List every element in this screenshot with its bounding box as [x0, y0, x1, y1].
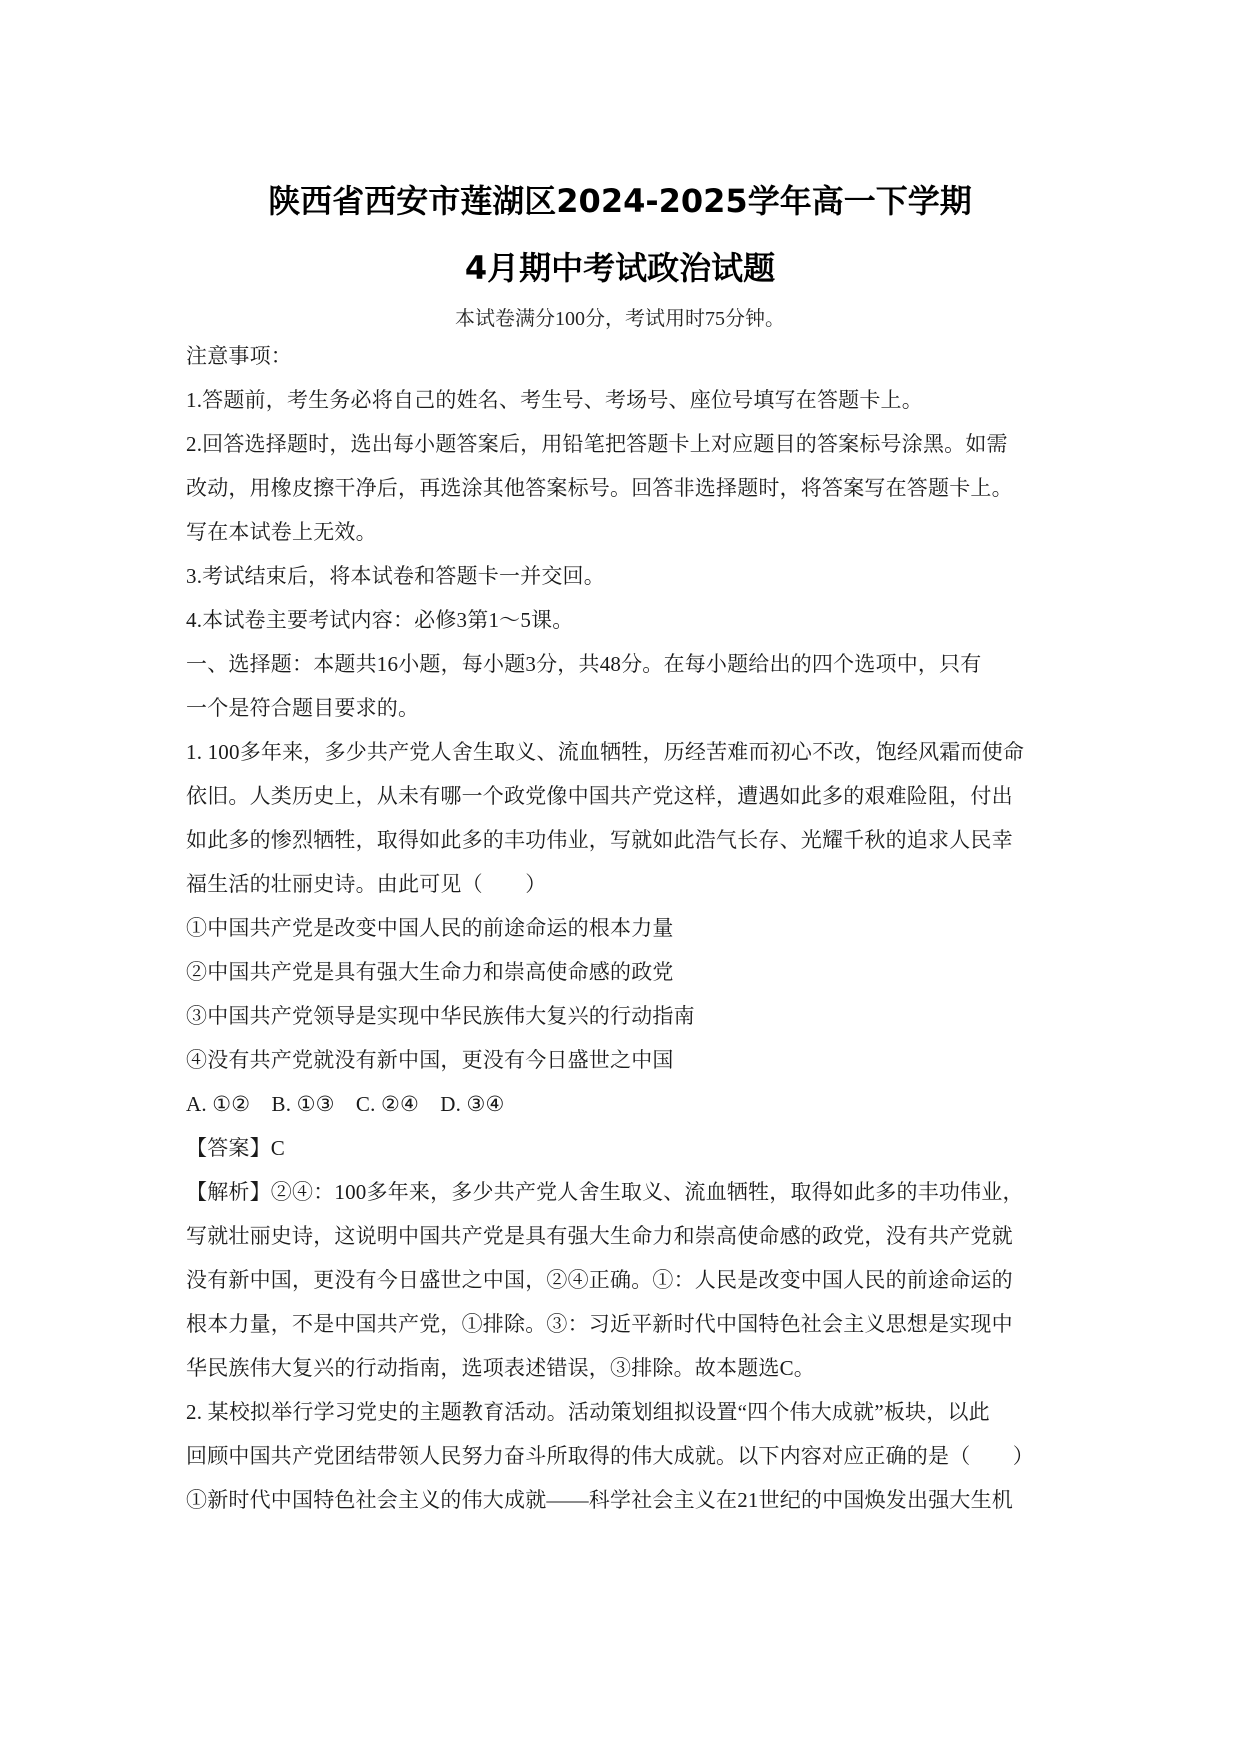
q1-stem-line-2: 依旧。人类历史上，从未有哪一个政党像中国共产党这样，遭遇如此多的艰难险阻，付出 [186, 782, 1056, 810]
note-item-4: 4.本试卷主要考试内容：必修3第1～5课。 [186, 606, 1056, 634]
note-item-2: 2.回答选择题时，选出每小题答案后，用铅笔把答题卡上对应题目的答案标号涂黑。如需 [186, 430, 1056, 458]
q1-answer: 【答案】C [186, 1134, 1056, 1162]
note-item-2-cont: 改动，用橡皮擦干净后，再选涂其他答案标号。回答非选择题时，将答案写在答题卡上。 [186, 474, 1056, 502]
section-heading-cont: 一个是符合题目要求的。 [186, 694, 1056, 722]
q1-analysis-line-4: 根本力量，不是中国共产党，①排除。③：习近平新时代中国特色社会主义思想是实现中 [186, 1310, 1056, 1338]
q2-stem-line-2: 回顾中国共产党团结带领人民努力奋斗所取得的伟大成就。以下内容对应正确的是（ ） [186, 1442, 1056, 1470]
q2-stem-line-1: 2. 某校拟举行学习党史的主题教育活动。活动策划组拟设置“四个伟大成就”板块，以… [186, 1398, 1056, 1426]
q1-stem-line-3: 如此多的惨烈牺牲，取得如此多的丰功伟业，写就如此浩气长存、光耀千秋的追求人民幸 [186, 826, 1056, 854]
q1-statement-3: ③中国共产党领导是实现中华民族伟大复兴的行动指南 [186, 1002, 1056, 1030]
note-item-3: 3.考试结束后，将本试卷和答题卡一并交回。 [186, 562, 1056, 590]
q1-analysis-line-3: 没有新中国，更没有今日盛世之中国，②④正确。①：人民是改变中国人民的前途命运的 [186, 1266, 1056, 1294]
q1-statement-4: ④没有共产党就没有新中国，更没有今日盛世之中国 [186, 1046, 1056, 1074]
q1-analysis-line-5: 华民族伟大复兴的行动指南，选项表述错误，③排除。故本题选C。 [186, 1354, 1056, 1382]
document-page: 陕西省西安市莲湖区2024-2025学年高一下学期 4月期中考试政治试题 本试卷… [0, 0, 1240, 1754]
exam-info: 本试卷满分100分，考试用时75分钟。 [0, 302, 1240, 331]
q1-options: A. ①② B. ①③ C. ②④ D. ③④ [186, 1090, 1056, 1118]
q1-analysis-line-2: 写就壮丽史诗，这说明中国共产党是具有强大生命力和崇高使命感的政党，没有共产党就 [186, 1222, 1056, 1250]
note-item-2-cont-2: 写在本试卷上无效。 [186, 518, 1056, 546]
document-title-line-2: 4月期中考试政治试题 [0, 243, 1240, 289]
notes-heading: 注意事项： [186, 342, 1056, 370]
note-item-1: 1.答题前，考生务必将自己的姓名、考生号、考场号、座位号填写在答题卡上。 [186, 386, 1056, 414]
q1-statement-1: ①中国共产党是改变中国人民的前途命运的根本力量 [186, 914, 1056, 942]
q1-stem-line-1: 1. 100多年来，多少共产党人舍生取义、流血牺牲，历经苦难而初心不改，饱经风霜… [186, 738, 1056, 766]
document-title-line-1: 陕西省西安市莲湖区2024-2025学年高一下学期 [0, 176, 1240, 222]
q1-analysis-line-1: 【解析】②④：100多年来，多少共产党人舍生取义、流血牺牲，取得如此多的丰功伟业… [186, 1178, 1056, 1206]
q1-stem-line-4: 福生活的壮丽史诗。由此可见（ ） [186, 870, 1056, 898]
q2-statement-1: ①新时代中国特色社会主义的伟大成就——科学社会主义在21世纪的中国焕发出强大生机 [186, 1486, 1056, 1514]
section-heading: 一、选择题：本题共16小题，每小题3分，共48分。在每小题给出的四个选项中，只有 [186, 650, 1056, 678]
q1-statement-2: ②中国共产党是具有强大生命力和崇高使命感的政党 [186, 958, 1056, 986]
